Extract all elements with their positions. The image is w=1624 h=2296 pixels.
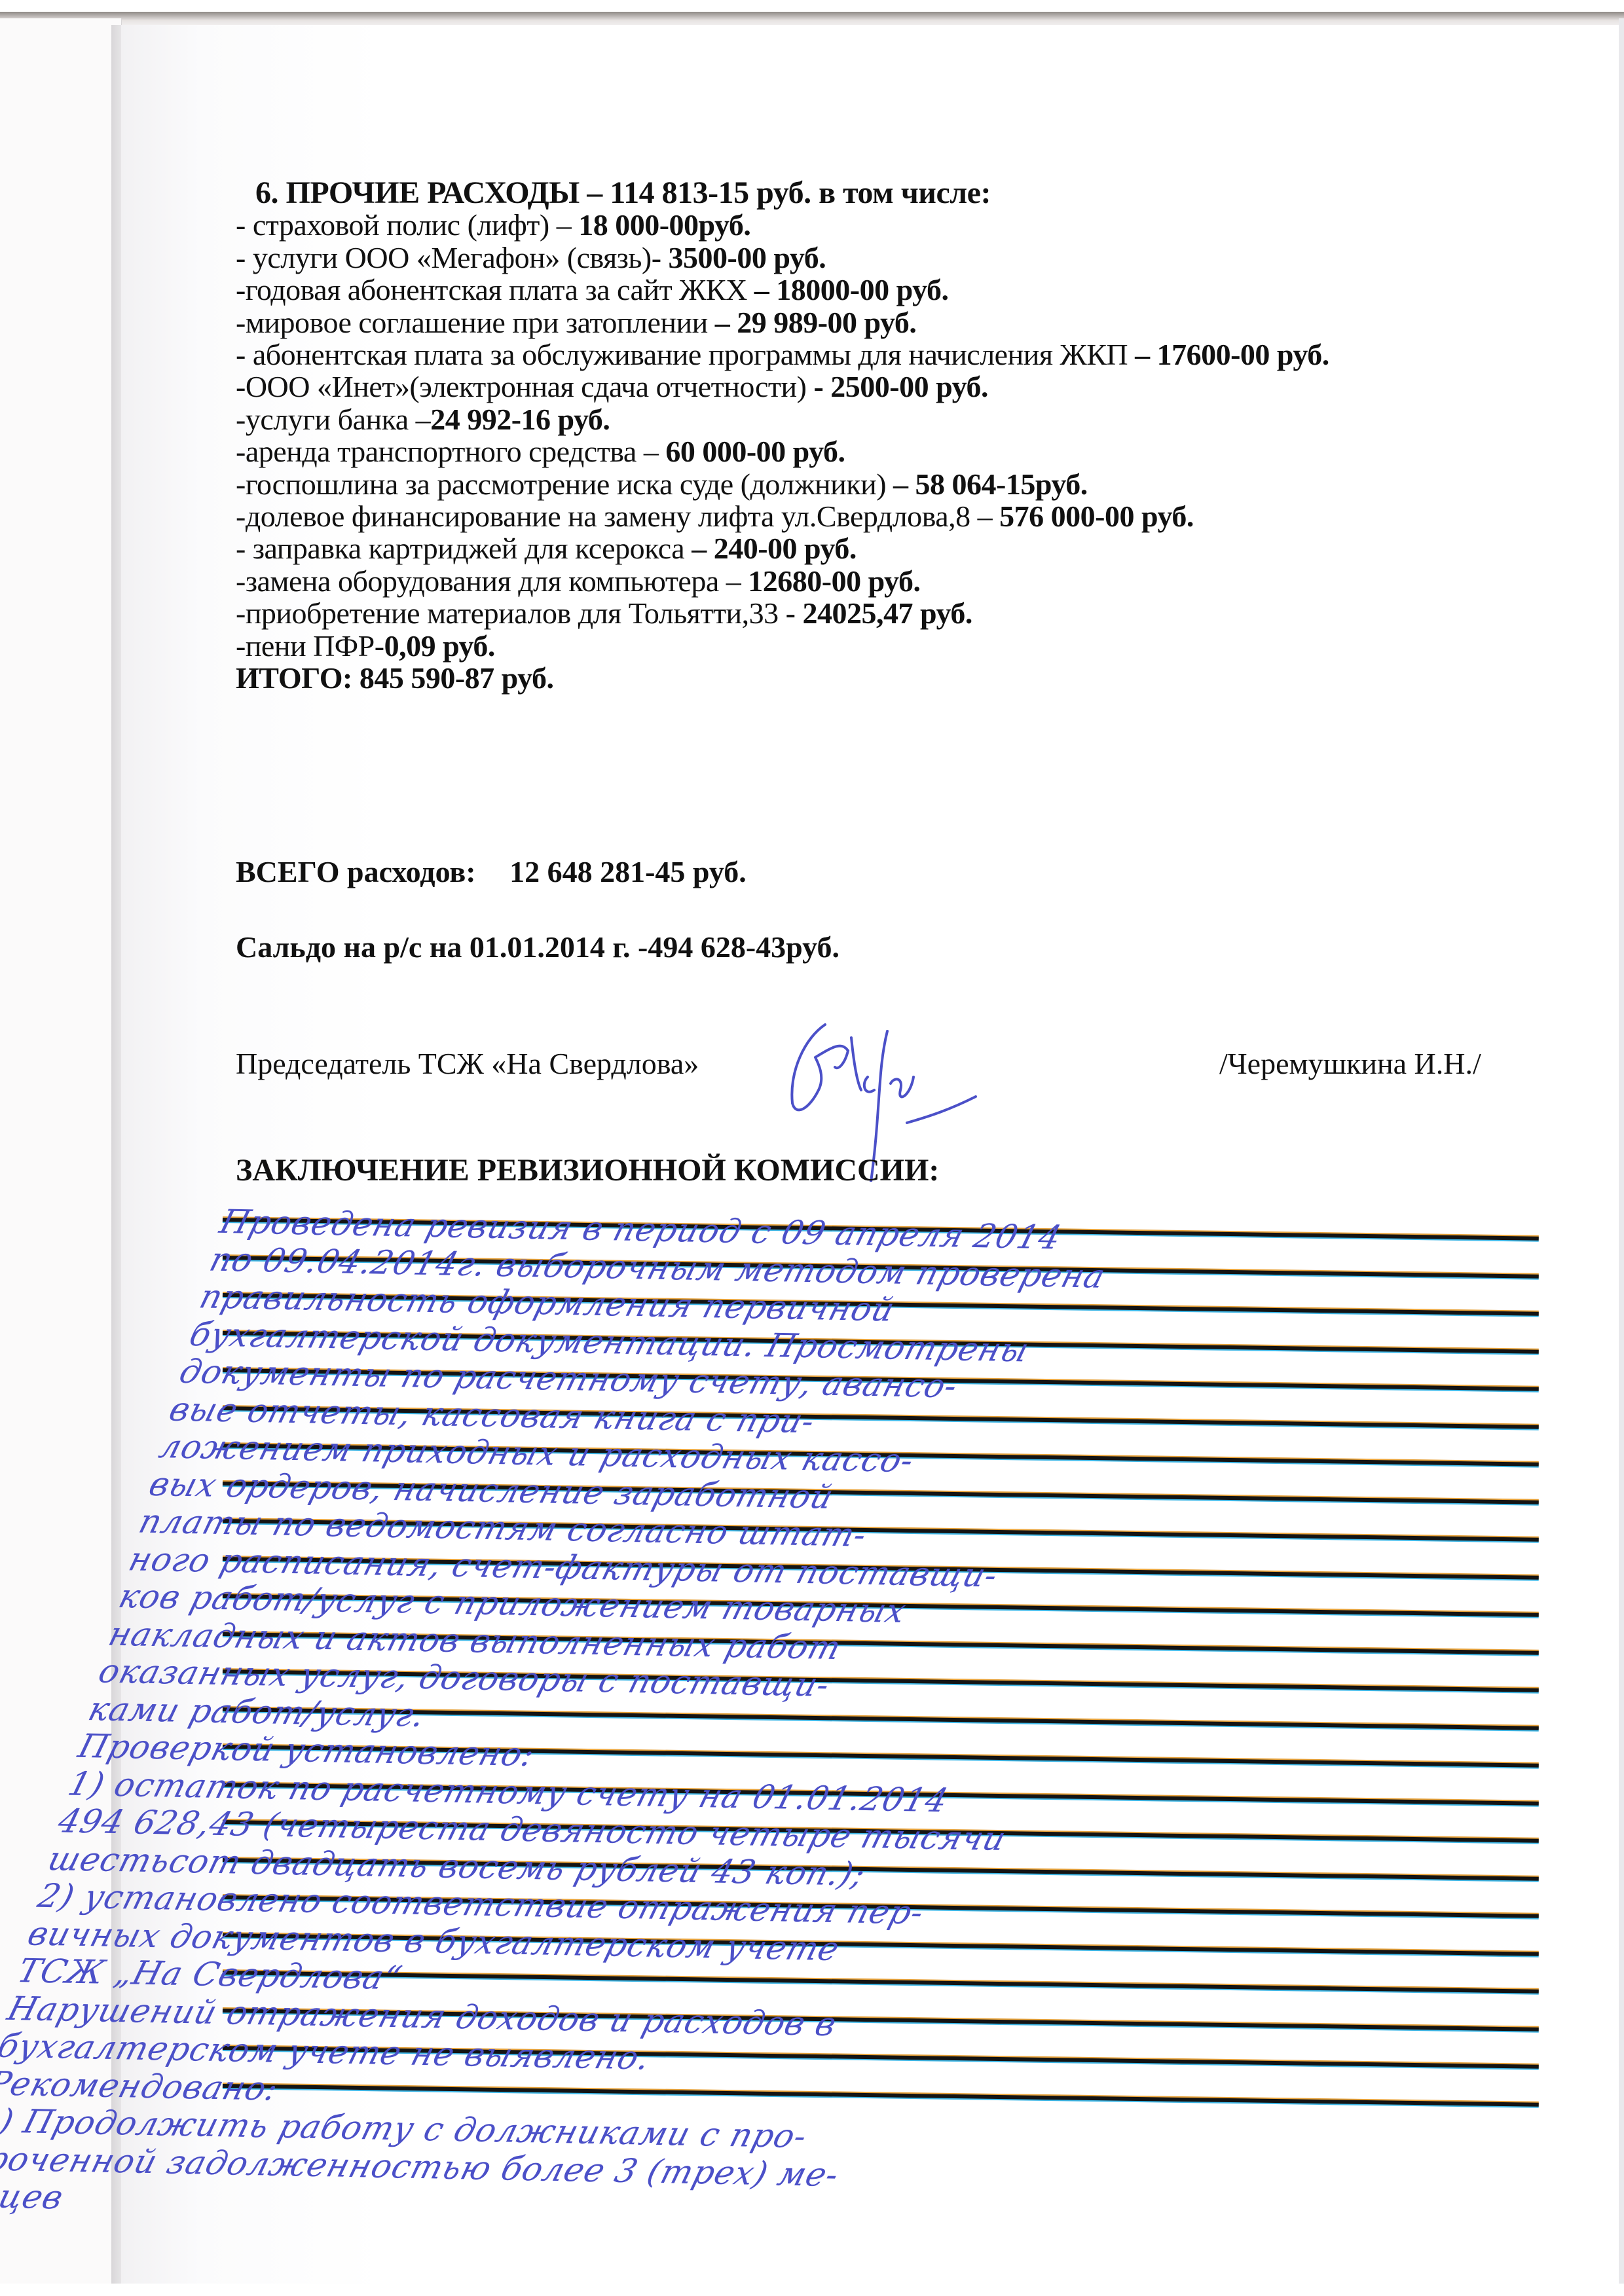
section-heading: 6. ПРОЧИЕ РАСХОДЫ – 114 813-15 руб. в то… [236, 177, 1329, 209]
expense-amount: - 2500-00 руб. [813, 370, 988, 403]
scan-top-margin [0, 0, 1624, 12]
expense-item: -госпошлина за рассмотрение иска суде (д… [236, 468, 1329, 500]
total-expenses-value: 12 648 281-45 руб. [509, 855, 747, 888]
expense-amount: 0,09 руб. [384, 629, 495, 663]
expense-amount: 12680-00 руб. [748, 564, 920, 598]
expense-item: -долевое финансирование на замену лифта … [236, 500, 1329, 532]
expense-item: -пени ПФР-0,09 руб. [236, 630, 1329, 662]
expense-description: -мировое соглашение при затоплении [236, 306, 715, 339]
total-expenses-row: ВСЕГО расходов: 12 648 281-45 руб. [236, 854, 747, 889]
expense-item: -годовая абонентская плата за сайт ЖКХ –… [236, 274, 1329, 306]
expense-amount: 3500-00 руб. [669, 241, 826, 274]
expense-amount: – 18000-00 руб. [754, 273, 949, 306]
expense-description: -аренда транспортного средства – [236, 435, 665, 468]
expense-description: - заправка картриджей для ксерокса [236, 532, 692, 565]
expense-description: - страховой полис (лифт) – [236, 208, 578, 242]
expense-item: -приобретение материалов для Тольятти,33… [236, 597, 1329, 629]
expense-item: -услуги банка –24 992-16 руб. [236, 403, 1329, 435]
expense-item: - услуги ООО «Мегафон» (связь)- 3500-00 … [236, 242, 1329, 274]
expense-item: -замена оборудования для компьютера – 12… [236, 565, 1329, 597]
page-top-edge-shadow [0, 12, 1624, 26]
expense-amount: - 24025,47 руб. [786, 596, 972, 630]
expense-description: -пени ПФР- [236, 629, 384, 663]
page-right-edge [1619, 18, 1624, 2296]
expense-item: - страховой полис (лифт) – 18 000-00руб. [236, 209, 1329, 241]
expense-description: - абонентская плата за обслуживание прог… [236, 338, 1135, 371]
chairman-position: Председатель ТСЖ «На Свердлова» [236, 1046, 699, 1081]
handwritten-conclusion: Проведена ревизия в период с 09 апреля 2… [0, 1203, 1555, 2240]
expense-description: -госпошлина за рассмотрение иска суде (д… [236, 467, 893, 501]
expense-item: - абонентская плата за обслуживание прог… [236, 338, 1329, 371]
expense-amount: 24 992-16 руб. [430, 403, 610, 436]
expense-description: -долевое финансирование на замену лифта … [236, 500, 999, 533]
scan-bottom-margin [0, 2284, 1624, 2296]
total-expenses-label: ВСЕГО расходов: [236, 855, 476, 888]
expense-description: -приобретение материалов для Тольятти,33 [236, 596, 786, 630]
expense-description: -ООО «Инет»(электронная сдача отчетности… [236, 370, 813, 403]
chairman-name: /Черемушкина И.Н./ [1219, 1046, 1481, 1081]
expense-list: - страховой полис (лифт) – 18 000-00руб.… [236, 209, 1329, 662]
expense-description: - услуги ООО «Мегафон» (связь)- [236, 241, 669, 274]
expense-amount: – 17600-00 руб. [1135, 338, 1329, 371]
expense-amount: 18 000-00руб. [578, 208, 750, 242]
expense-description: -годовая абонентская плата за сайт ЖКХ [236, 273, 754, 306]
expense-description: -замена оборудования для компьютера – [236, 564, 748, 598]
other-expenses-section: 6. ПРОЧИЕ РАСХОДЫ – 114 813-15 руб. в то… [236, 177, 1329, 695]
expense-amount: 576 000-00 руб. [999, 500, 1194, 533]
expense-amount: 60 000-00 руб. [665, 435, 845, 468]
account-balance: Сальдо на р/с на 01.01.2014 г. -494 628-… [236, 930, 840, 964]
expense-amount: – 58 064-15руб. [893, 467, 1088, 501]
audit-conclusion-title: ЗАКЛЮЧЕНИЕ РЕВИЗИОННОЙ КОМИССИИ: [236, 1152, 939, 1188]
expense-item: -мировое соглашение при затоплении – 29 … [236, 306, 1329, 338]
expense-item: - заправка картриджей для ксерокса – 240… [236, 532, 1329, 564]
expense-description: -услуги банка – [236, 403, 430, 436]
expense-item: -ООО «Инет»(электронная сдача отчетности… [236, 371, 1329, 403]
expense-item: -аренда транспортного средства – 60 000-… [236, 435, 1329, 467]
expense-amount: – 240-00 руб. [692, 532, 857, 565]
section-total: ИТОГО: 845 590-87 руб. [236, 662, 1329, 694]
expense-amount: – 29 989-00 руб. [715, 306, 917, 339]
